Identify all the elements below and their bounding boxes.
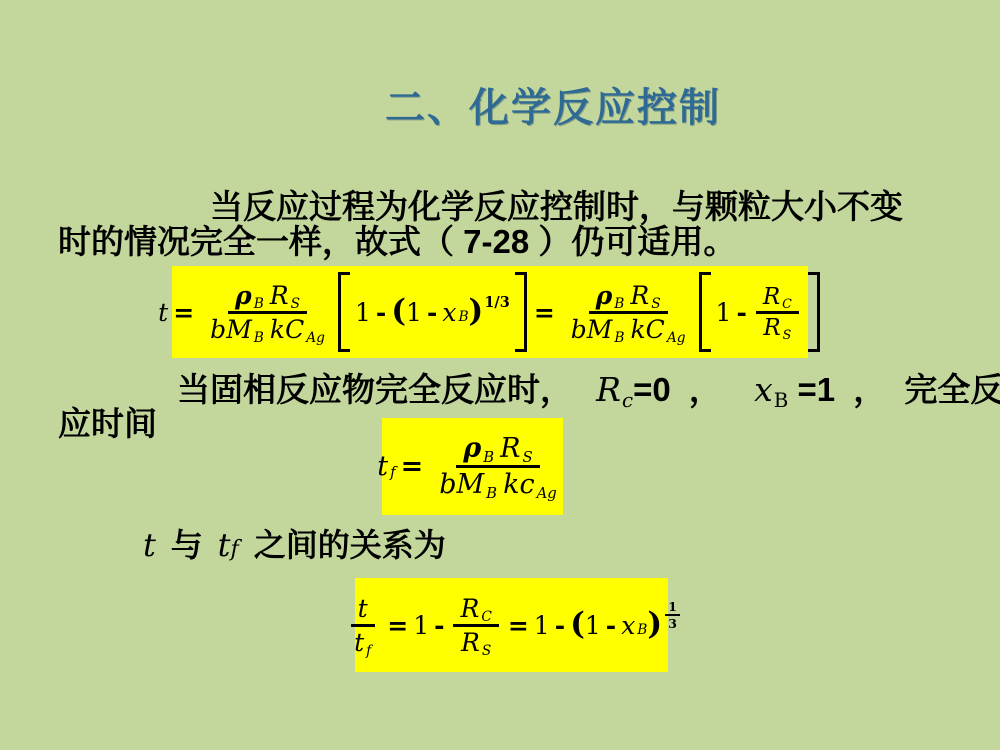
minus-sign: -	[427, 298, 437, 327]
subscript-f: f	[390, 463, 396, 481]
paragraph2-line1: 当固相反应物完全反应时， Rc=0 ， xB =1 ， 完全反	[177, 372, 1000, 408]
fraction-rho-rs-over-bmkc: ρBRS bMBkcAg	[432, 433, 564, 500]
equation-ratio: t tf = 1 - RC RS = 1 - ( 1 - xB ) 1 3	[355, 578, 668, 672]
bracket-group-radius-ratio: 1 - RC RS	[699, 272, 820, 352]
close-paren: )	[647, 609, 662, 640]
var-b: b	[210, 315, 226, 344]
comma: ，	[689, 371, 722, 408]
subscript-S: S	[523, 448, 533, 466]
denominator: bMBkCAg	[564, 314, 693, 344]
equals-sign: =	[508, 611, 529, 640]
left-square-bracket	[699, 272, 711, 352]
var-R: R	[630, 281, 649, 310]
var-R: R	[461, 628, 480, 657]
subscript-B: B	[483, 448, 494, 466]
exponent-denominator: 3	[665, 616, 680, 631]
var-R: R	[763, 284, 780, 310]
exponent-one-third: 1/3	[484, 294, 509, 311]
subscript-C: C	[782, 296, 792, 311]
fraction-rc-over-rs: RC RS	[453, 594, 498, 657]
subscript-B: B	[774, 389, 789, 412]
numerator: ρBRS	[589, 281, 668, 314]
var-rho: ρ	[235, 281, 252, 310]
number-one: 1	[406, 298, 422, 327]
equals-sign: =	[387, 611, 408, 640]
numerator: RC	[453, 594, 498, 627]
numerator: ρBRS	[456, 433, 539, 468]
slide-canvas: 二、化学反应控制 当反应过程为化学反应控制时，与颗粒大小不变 时的情况完全一样，…	[0, 0, 1000, 750]
minus-sign: -	[606, 611, 616, 640]
number-one: 1	[534, 611, 550, 640]
paragraph2-tail: 完全反	[904, 371, 1000, 408]
minus-sign: -	[434, 611, 444, 640]
equation-tf-highlight: tf = ρBRS bMBkcAg	[382, 418, 563, 515]
var-rho: ρ	[463, 433, 481, 464]
denominator: bMBkCAg	[203, 314, 332, 344]
bracket-group-conversion: 1 - ( 1 - xB ) 1/3	[338, 272, 527, 352]
var-t: t	[377, 451, 388, 482]
denominator: RS	[756, 314, 798, 341]
var-t: t	[218, 526, 231, 564]
relation-tail: 之间的关系为	[254, 527, 446, 563]
subscript-B: B	[614, 330, 624, 346]
numerator: t	[351, 594, 375, 627]
equals-sign: =	[534, 298, 555, 327]
var-k: k	[270, 315, 285, 344]
subscript-B: B	[254, 330, 264, 346]
subscript-f: f	[231, 536, 239, 562]
subscript-B: B	[614, 296, 624, 312]
equals-zero: =0	[633, 371, 671, 408]
denominator: RS	[454, 627, 498, 657]
open-paren: (	[391, 296, 406, 327]
subscript-C: C	[481, 609, 492, 625]
var-t: t	[354, 628, 364, 657]
equals-one: =1	[797, 371, 835, 408]
equation-tf: tf = ρBRS bMBkcAg	[382, 418, 563, 515]
subscript-S: S	[291, 296, 300, 312]
subscript-B: B	[486, 484, 497, 502]
number-one: 1	[716, 298, 732, 327]
comma: ，	[853, 371, 886, 408]
left-square-bracket	[338, 272, 350, 352]
fraction-rho-rs-over-bmkc: ρBRS bMBkCAg	[564, 281, 693, 344]
equation-7-28: t = ρBRS bMBkCAg 1 - ( 1 - xB ) 1/3 = ρB…	[172, 266, 808, 358]
subscript-B: B	[637, 622, 647, 638]
var-R: R	[500, 433, 520, 464]
numerator: RC	[756, 284, 799, 314]
var-R: R	[763, 315, 780, 341]
subscript-Ag: Ag	[306, 330, 325, 346]
slide-title: 二、化学反应控制	[385, 76, 721, 133]
paragraph2-line2: 应时间	[58, 406, 157, 442]
minus-sign: -	[736, 298, 746, 327]
denominator: bMBkcAg	[432, 468, 564, 500]
subscript-f: f	[366, 643, 371, 659]
number-one: 1	[413, 611, 429, 640]
paragraph1-line1: 当反应过程为化学反应控制时，与颗粒大小不变	[210, 189, 903, 225]
var-R: R	[460, 594, 479, 623]
equation-ratio-highlight: t tf = 1 - RC RS = 1 - ( 1 - xB ) 1 3	[355, 578, 668, 672]
number-one: 1	[585, 611, 601, 640]
var-k: k	[631, 315, 646, 344]
subscript-S: S	[783, 327, 792, 342]
numerator: ρBRS	[228, 281, 307, 314]
right-square-bracket	[808, 272, 820, 352]
relation-mid: 与	[171, 527, 203, 563]
equals-sign: =	[401, 451, 424, 482]
var-k: k	[503, 469, 519, 500]
var-M: M	[456, 469, 484, 500]
var-t: t	[358, 594, 368, 623]
subscript-Ag: Ag	[537, 484, 557, 502]
var-t: t	[143, 526, 156, 564]
exponent-numerator: 1	[665, 599, 680, 616]
exponent-one-third-stacked: 1 3	[665, 599, 680, 631]
fraction-rc-over-rs: RC RS	[756, 284, 799, 341]
open-paren: (	[570, 609, 585, 640]
var-x: x	[754, 370, 773, 409]
subscript-S: S	[482, 643, 491, 659]
equals-sign: =	[173, 298, 194, 327]
equation-7-28-highlight: t = ρBRS bMBkCAg 1 - ( 1 - xB ) 1/3 = ρB…	[172, 266, 808, 358]
var-t: t	[158, 298, 168, 327]
var-R: R	[596, 370, 621, 409]
fraction-rho-rs-over-bmkc: ρBRS bMBkCAg	[203, 281, 332, 344]
denominator: tf	[347, 627, 378, 657]
var-M: M	[587, 315, 613, 344]
var-C: C	[646, 315, 665, 344]
var-R: R	[270, 281, 289, 310]
fraction-t-over-tf: t tf	[347, 594, 378, 657]
var-rho: ρ	[596, 281, 613, 310]
minus-sign: -	[555, 611, 565, 640]
var-c: c	[519, 469, 534, 500]
number-one: 1	[355, 298, 371, 327]
right-square-bracket	[515, 272, 527, 352]
subscript-B: B	[254, 296, 264, 312]
minus-sign: -	[376, 298, 386, 327]
subscript-S: S	[651, 296, 660, 312]
subscript-C: c	[622, 389, 633, 412]
var-b: b	[439, 469, 456, 500]
subscript-B: B	[458, 309, 468, 325]
var-x: x	[621, 611, 635, 640]
var-M: M	[226, 315, 252, 344]
paragraph1-line2: 时的情况完全一样，故式（ 7-28 ）仍可适用。	[58, 224, 736, 260]
close-paren: )	[469, 296, 484, 327]
var-C: C	[285, 315, 304, 344]
paragraph2-lead: 当固相反应物完全反应时，	[177, 371, 573, 408]
relation-sentence: t 与 tf 之间的关系为	[143, 528, 446, 563]
var-b: b	[571, 315, 587, 344]
subscript-Ag: Ag	[667, 330, 686, 346]
var-x: x	[442, 298, 456, 327]
